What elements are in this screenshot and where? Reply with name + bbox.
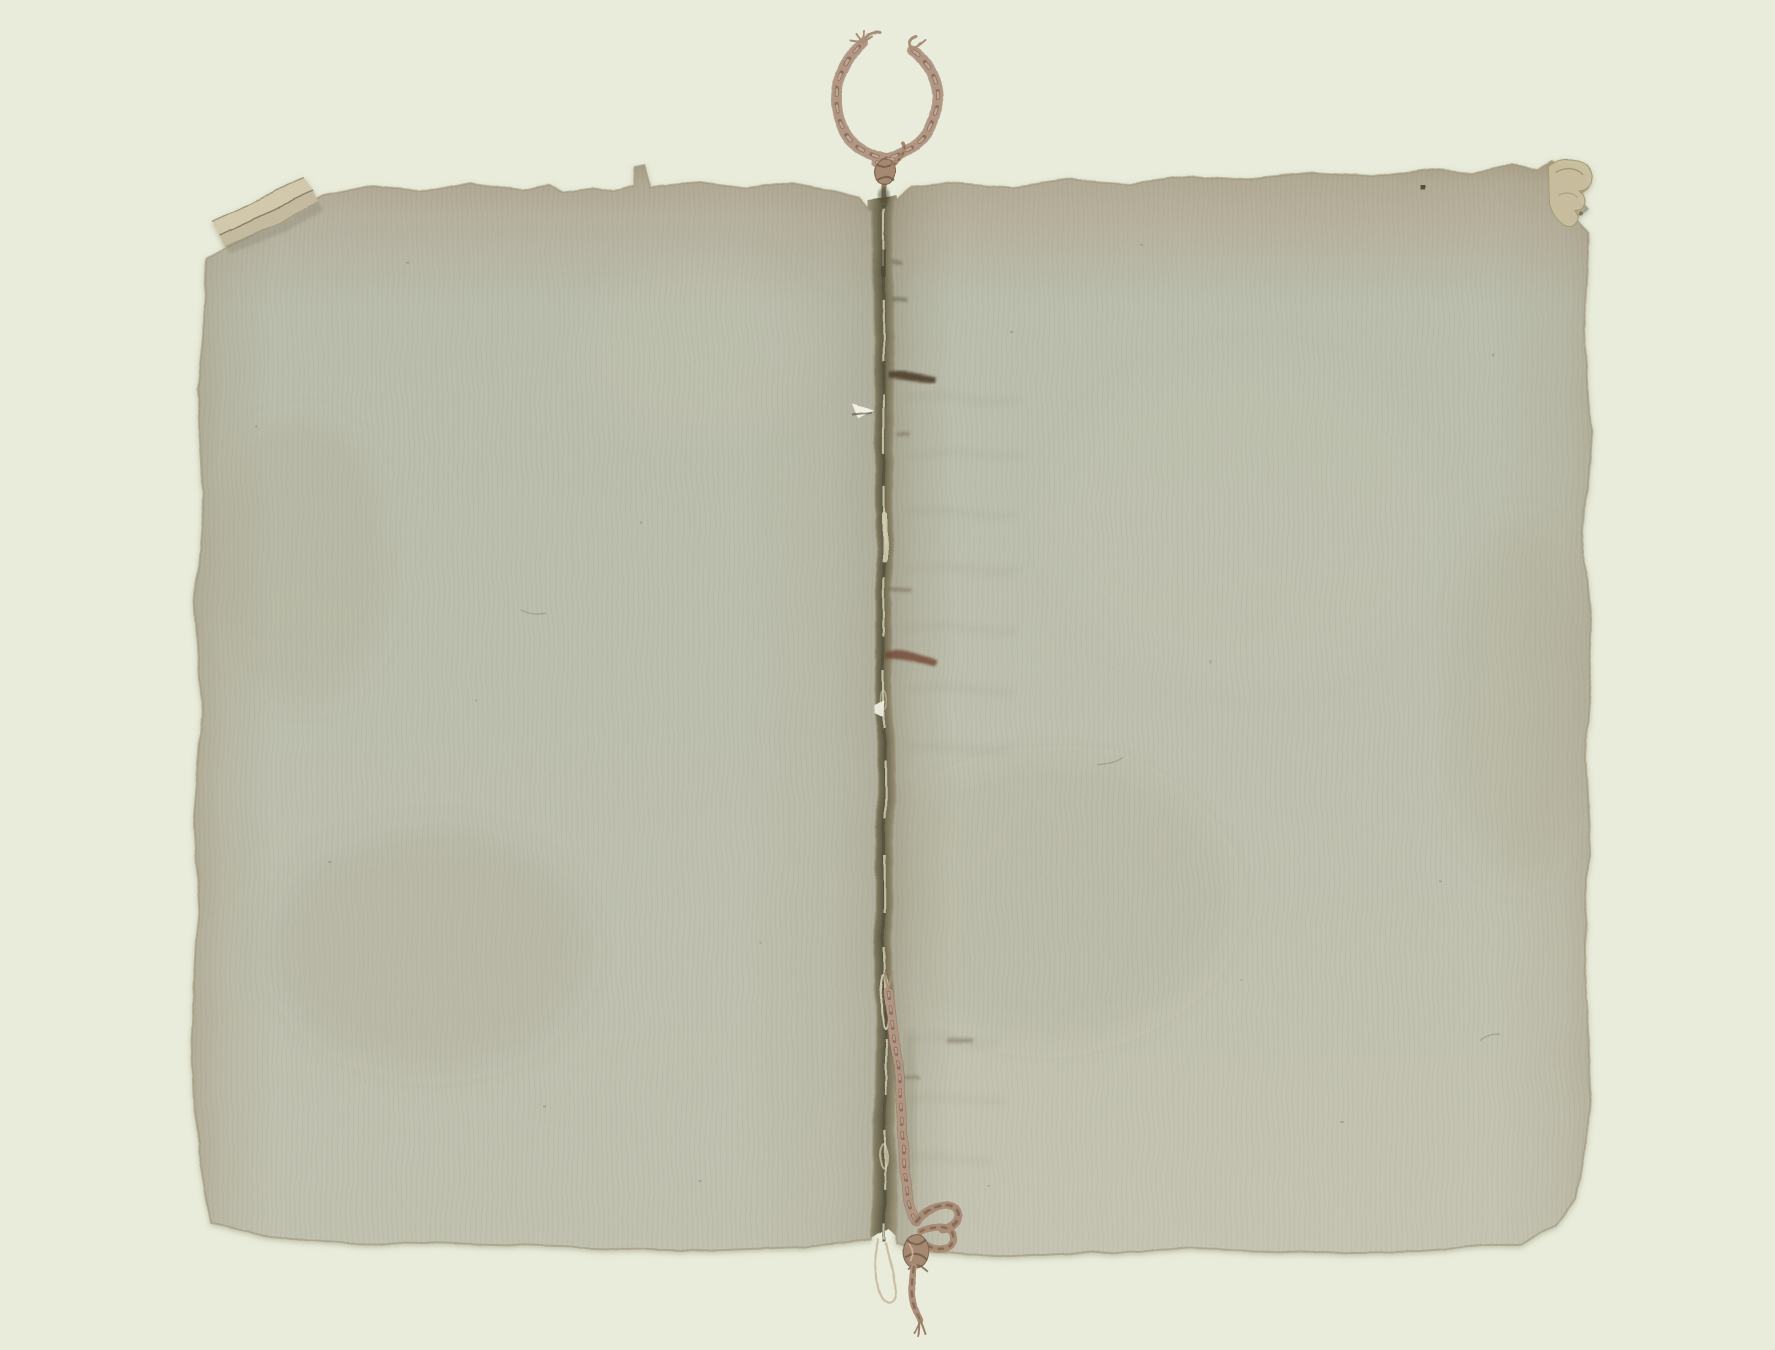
small-mark bbox=[897, 431, 909, 435]
paper-speck bbox=[255, 425, 257, 428]
paper-speck bbox=[1240, 980, 1242, 982]
binding-cord-top-knot bbox=[875, 159, 895, 185]
paper-speck bbox=[1140, 245, 1142, 247]
right-page bbox=[870, 155, 1600, 1265]
photo-scene bbox=[0, 0, 1775, 1350]
paper-speck bbox=[1340, 1120, 1343, 1122]
paper-speck bbox=[405, 262, 408, 264]
laid-texture bbox=[185, 160, 880, 1260]
booklet-photo bbox=[0, 0, 1775, 1350]
paper-speck bbox=[640, 520, 642, 523]
small-mark bbox=[893, 262, 903, 266]
paper-speck bbox=[540, 1105, 543, 1107]
paper-speck bbox=[1010, 330, 1013, 332]
ghost-line bbox=[903, 1158, 993, 1162]
paper-speck bbox=[475, 700, 477, 702]
small-mark bbox=[946, 1038, 974, 1042]
paper-speck bbox=[1210, 660, 1212, 663]
small-mark bbox=[890, 588, 912, 592]
gutter-notch-shadow bbox=[878, 188, 890, 204]
paper-speck bbox=[1490, 352, 1492, 355]
corner-nick bbox=[1581, 212, 1585, 216]
small-mark bbox=[892, 300, 908, 304]
paper-speck bbox=[1440, 880, 1443, 882]
left-page bbox=[185, 160, 880, 1260]
dark-speck bbox=[1421, 184, 1426, 188]
seam-dark-segment bbox=[882, 252, 887, 280]
paper-speck bbox=[330, 860, 333, 862]
paper-speck bbox=[985, 1185, 987, 1187]
paper-speck bbox=[760, 940, 762, 942]
paper-speck bbox=[700, 1180, 703, 1182]
